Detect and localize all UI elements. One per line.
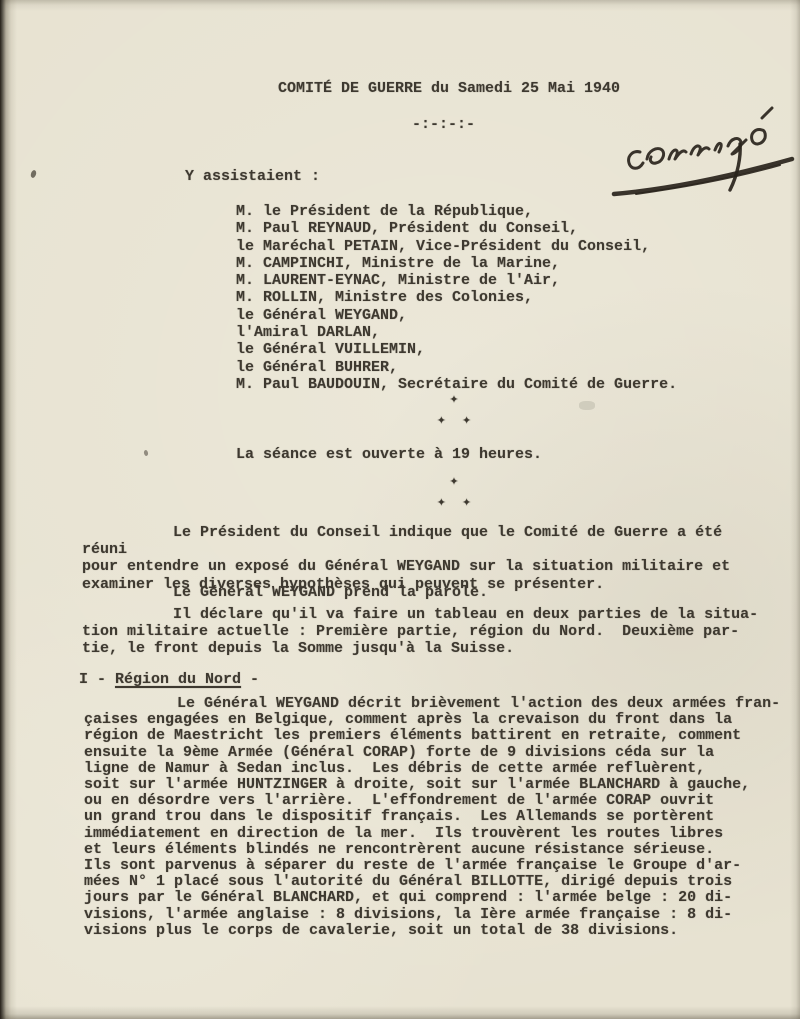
section-heading-region-du-nord: I - Région du Nord -	[79, 671, 259, 688]
diamond-row: ✦	[402, 476, 506, 497]
diamond-icon: ✦	[449, 476, 458, 487]
section-title: Région du Nord	[115, 671, 241, 688]
diamond-icon: ✦	[437, 415, 446, 426]
section-suffix: -	[241, 671, 259, 688]
paragraph-region-du-nord-body: Le Général WEYGAND décrit brièvement l'a…	[84, 696, 784, 939]
section-number: I -	[79, 671, 115, 688]
paragraph-president-conseil: Le Président du Conseil indique que le C…	[82, 524, 772, 593]
ink-speck	[143, 450, 148, 457]
session-open-line: La séance est ouverte à 19 heures.	[236, 446, 542, 463]
ink-speck	[30, 169, 37, 178]
ink-smudge	[579, 401, 595, 410]
document-title: COMITÉ DE GUERRE du Samedi 25 Mai 1940	[278, 80, 620, 97]
diamond-row: ✦	[402, 394, 506, 415]
diamond-icon: ✦	[462, 497, 471, 508]
title-separator: -:-:-:-	[412, 116, 475, 133]
diamond-row: ✦✦	[402, 497, 506, 518]
attendees-list: M. le Président de la République, M. Pau…	[236, 203, 677, 393]
scanned-document-page: COMITÉ DE GUERRE du Samedi 25 Mai 1940 -…	[0, 0, 800, 1019]
diamond-icon: ✦	[449, 394, 458, 405]
attendees-heading: Y assistaient :	[185, 168, 320, 185]
diamond-separator: ✦ ✦✦	[402, 394, 506, 436]
paragraph-tableau-deux-parties: Il déclare qu'il va faire un tableau en …	[82, 607, 782, 657]
handwritten-corrige-annotation	[606, 102, 800, 204]
diamond-icon: ✦	[437, 497, 446, 508]
diamond-icon: ✦	[462, 415, 471, 426]
diamond-row: ✦✦	[402, 415, 506, 436]
diamond-separator: ✦ ✦✦	[402, 476, 506, 518]
paragraph-weygand-parole: Le Général WEYGAND prend la parole.	[82, 584, 772, 601]
